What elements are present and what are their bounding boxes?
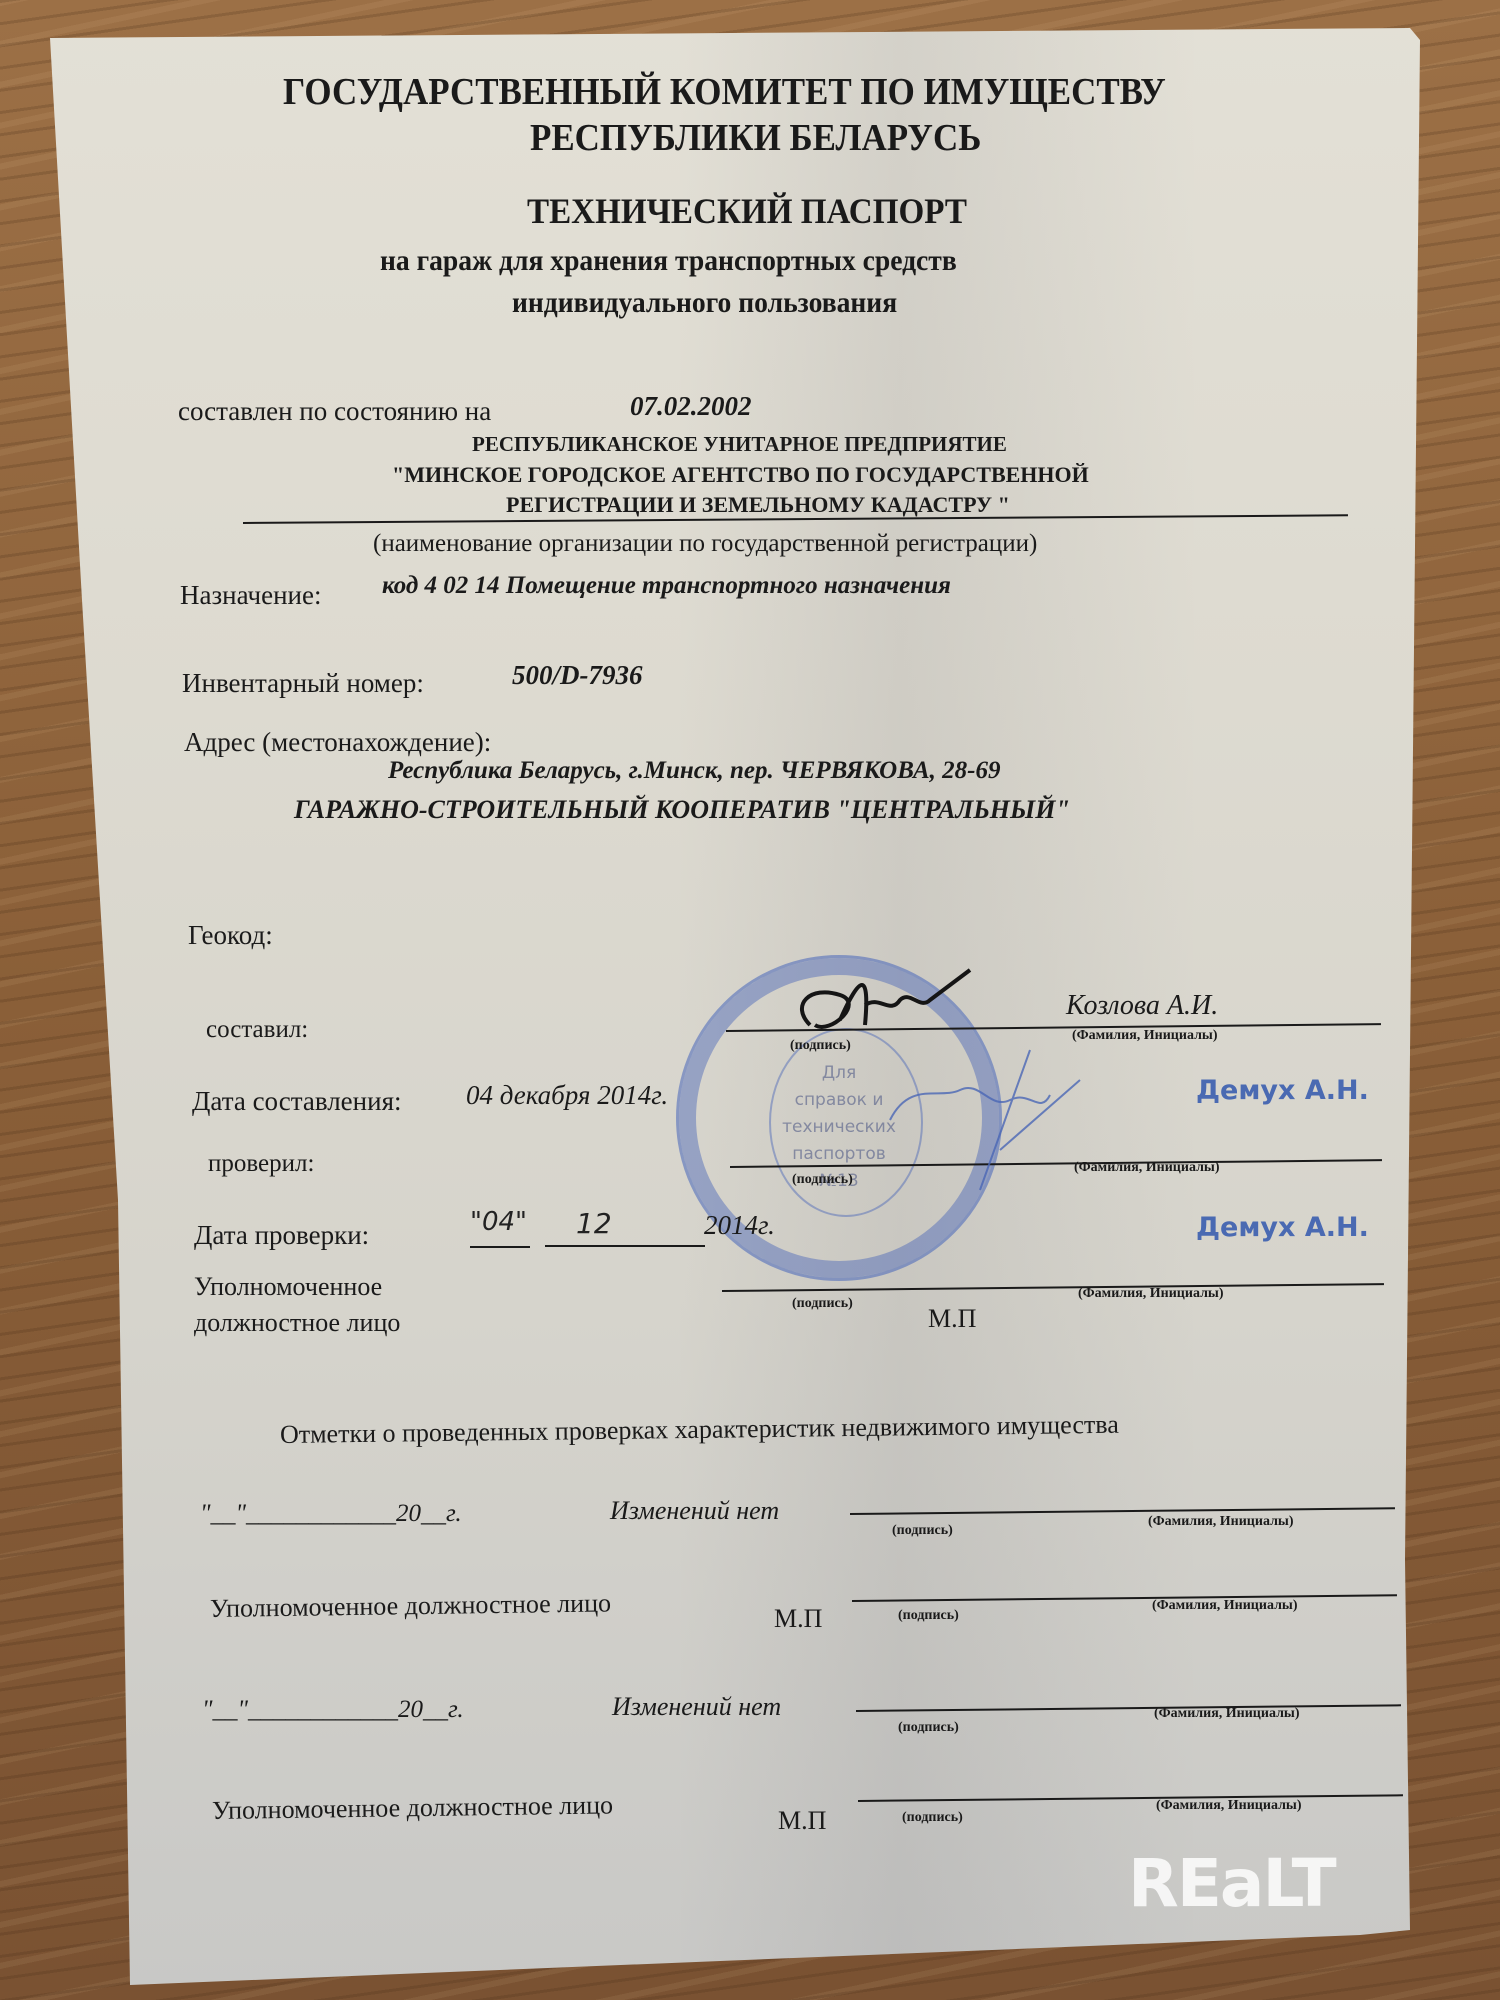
authorized-name-stamp: Демух А.Н.	[1196, 1212, 1369, 1243]
state-date-value: 07.02.2002	[630, 391, 752, 422]
check-entry-official-label: Уполномоченное должностное лицо	[212, 1790, 613, 1826]
check-entry-seal-mark: М.П	[778, 1806, 826, 1836]
check-entry-date-template: "__"____________20__г.	[200, 1500, 462, 1528]
compiled-date-label: Дата составления:	[192, 1086, 402, 1117]
compiled-by-label: составил:	[206, 1016, 308, 1044]
authorized-signature-caption: (подпись)	[792, 1296, 853, 1312]
check-date-day: "04"	[470, 1207, 527, 1237]
address-label: Адрес (местонахождение):	[184, 727, 491, 758]
check-entry-official-label: Уполномоченное должностное лицо	[210, 1588, 611, 1624]
geocode-label: Геокод:	[188, 920, 273, 951]
authorized-label-line2: должностное лицо	[194, 1308, 400, 1338]
organization-line2: "МИНСКОЕ ГОРОДСКОЕ АГЕНТСТВО ПО ГОСУДАРС…	[392, 462, 1089, 488]
check-entry-status: Изменений нет	[612, 1692, 781, 1722]
purpose-value: код 4 02 14 Помещение транспортного назн…	[382, 572, 951, 600]
state-date-label: составлен по состоянию на	[178, 396, 491, 427]
checked-by-signature-caption: (подпись)	[792, 1172, 853, 1188]
checked-by-name-stamp: Демух А.Н.	[1196, 1075, 1369, 1106]
inventory-label: Инвентарный номер:	[182, 668, 424, 699]
issuing-authority-line2: РЕСПУБЛИКИ БЕЛАРУСЬ	[530, 116, 981, 160]
organization-line1: РЕСПУБЛИКАНСКОЕ УНИТАРНОЕ ПРЕДПРИЯТИЕ	[472, 432, 1007, 457]
document-subtitle-2: индивидуального пользования	[512, 286, 897, 320]
realt-watermark-logo: REaLT	[1128, 1845, 1335, 1922]
address-line1: Республика Беларусь, г.Минск, пер. ЧЕРВЯ…	[388, 757, 1000, 785]
authorized-seal-mark: М.П	[928, 1304, 976, 1334]
check-entry-signature-caption: (подпись)	[892, 1523, 953, 1539]
organization-caption: (наименование организации по государстве…	[373, 530, 1037, 558]
check-entry-official-name-caption: (Фамилия, Инициалы)	[1156, 1798, 1302, 1814]
purpose-label: Назначение:	[180, 580, 321, 611]
checked-by-signature	[880, 1040, 1110, 1200]
issuing-authority-line1: ГОСУДАРСТВЕННЫЙ КОМИТЕТ ПО ИМУЩЕСТВУ	[283, 70, 1166, 114]
compiled-date-value: 04 декабря 2014г.	[466, 1080, 668, 1111]
check-entry-name-caption: (Фамилия, Инициалы)	[1154, 1706, 1300, 1722]
check-date-month: 12	[576, 1207, 612, 1240]
authorized-label-line1: Уполномоченное	[194, 1272, 382, 1302]
address-line2: ГАРАЖНО-СТРОИТЕЛЬНЫЙ КООПЕРАТИВ "ЦЕНТРАЛ…	[294, 795, 1070, 825]
compiled-by-name: Козлова А.И.	[1066, 990, 1218, 1022]
check-entry-official-signature-caption: (подпись)	[902, 1810, 963, 1826]
check-entry-date-template: "__"____________20__г.	[202, 1696, 464, 1724]
check-entry-status: Изменений нет	[610, 1496, 779, 1526]
check-entry-signature-caption: (подпись)	[898, 1720, 959, 1736]
check-date-month-line	[545, 1245, 705, 1247]
check-date-label: Дата проверки:	[194, 1220, 369, 1251]
document-subtitle-1: на гараж для хранения транспортных средс…	[380, 244, 957, 278]
check-date-day-line	[470, 1246, 530, 1248]
organization-line3: РЕГИСТРАЦИИ И ЗЕМЕЛЬНОМУ КАДАСТРУ "	[506, 492, 1010, 518]
authorized-name-caption: (Фамилия, Инициалы)	[1078, 1286, 1224, 1302]
check-entry-official-signature-caption: (подпись)	[898, 1608, 959, 1624]
document-title: ТЕХНИЧЕСКИЙ ПАСПОРТ	[527, 190, 967, 232]
check-entry-name-caption: (Фамилия, Инициалы)	[1148, 1514, 1294, 1530]
checked-by-label: проверил:	[208, 1150, 314, 1178]
inventory-value: 500/D-7936	[512, 660, 643, 691]
check-entry-official-name-caption: (Фамилия, Инициалы)	[1152, 1598, 1298, 1614]
check-date-year: 2014г.	[704, 1210, 775, 1241]
check-entry-seal-mark: М.П	[774, 1604, 822, 1634]
